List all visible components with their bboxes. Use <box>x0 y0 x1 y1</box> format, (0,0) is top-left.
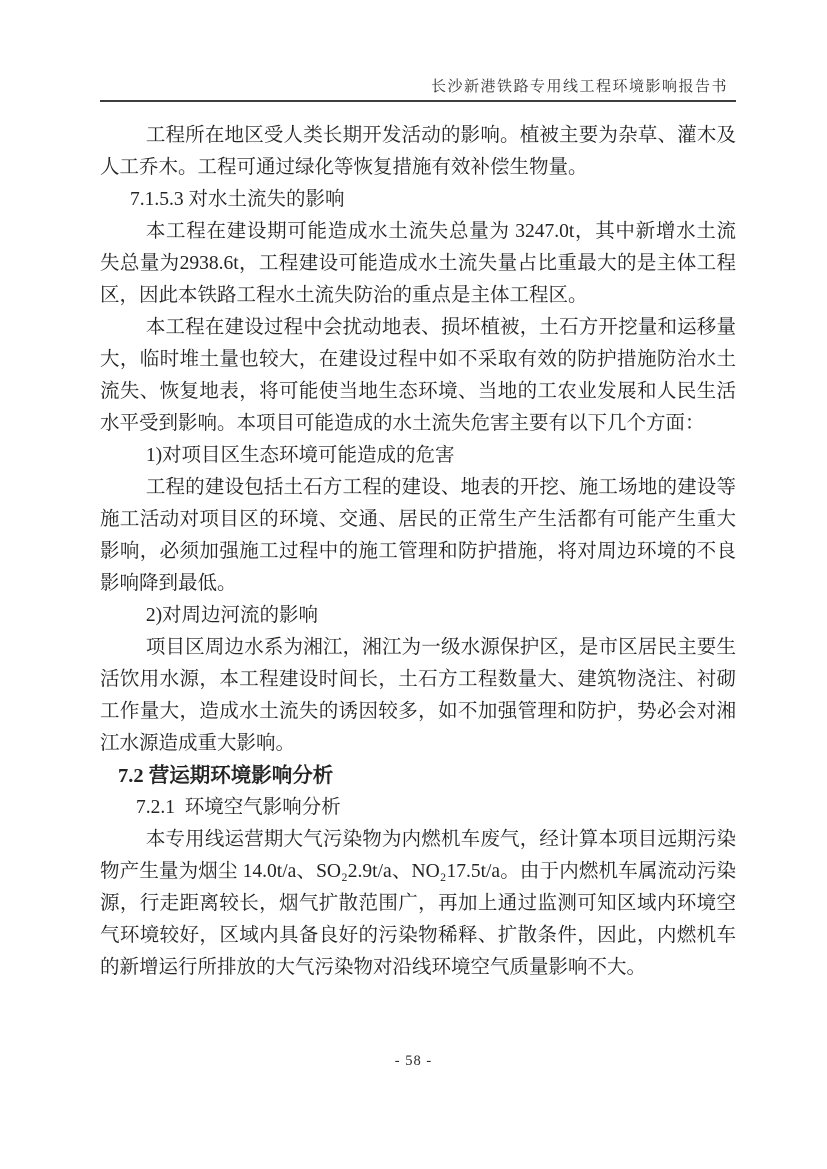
page-footer: - 58 - <box>0 1052 827 1070</box>
paragraph-air-impact: 本专用线运营期大气污染物为内燃机车废气，经计算本项目远期污染物产生量为烟尘 14… <box>100 824 736 984</box>
paragraph-eco-hazard-detail: 工程的建设包括土石方工程的建设、地表的开挖、施工场地的建设等施工活动对项目区的环… <box>100 472 736 600</box>
paragraph-river-impact-detail: 项目区周边水系为湘江，湘江为一级水源保护区，是市区居民主要生活饮用水源，本工程建… <box>100 632 736 760</box>
document-body: 工程所在地区受人类长期开发活动的影响。植被主要为杂草、灌木及人工乔木。工程可通过… <box>100 120 736 984</box>
running-title: 长沙新港铁路专用线工程环境影响报告书 <box>100 75 736 96</box>
heading-7-2-operation-period: 7.2 营运期环境影响分析 <box>100 760 736 792</box>
page-number: - 58 - <box>395 1053 432 1069</box>
paragraph-construction-disturbance: 本工程在建设过程中会扰动地表、损坏植被，土石方开挖量和运移量大，临时堆土量也较大… <box>100 312 736 440</box>
heading-7-2-1-air-quality: 7.2.1 环境空气影响分析 <box>100 792 736 824</box>
document-page: 长沙新港铁路专用线工程环境影响报告书 工程所在地区受人类长期开发活动的影响。植被… <box>0 0 827 1169</box>
list-item-1-eco-hazard: 1)对项目区生态环境可能造成的危害 <box>100 440 736 472</box>
paragraph-soil-erosion-total: 本工程在建设期可能造成水土流失总量为 3247.0t，其中新增水土流失总量为29… <box>100 216 736 312</box>
heading-7-1-5-3-soil-erosion: 7.1.5.3 对水土流失的影响 <box>100 184 736 216</box>
list-item-2-river-impact: 2)对周边河流的影响 <box>100 600 736 632</box>
paragraph-vegetation-impact: 工程所在地区受人类长期开发活动的影响。植被主要为杂草、灌木及人工乔木。工程可通过… <box>100 120 736 184</box>
header-rule <box>100 100 736 102</box>
page-header: 长沙新港铁路专用线工程环境影响报告书 <box>100 75 736 102</box>
